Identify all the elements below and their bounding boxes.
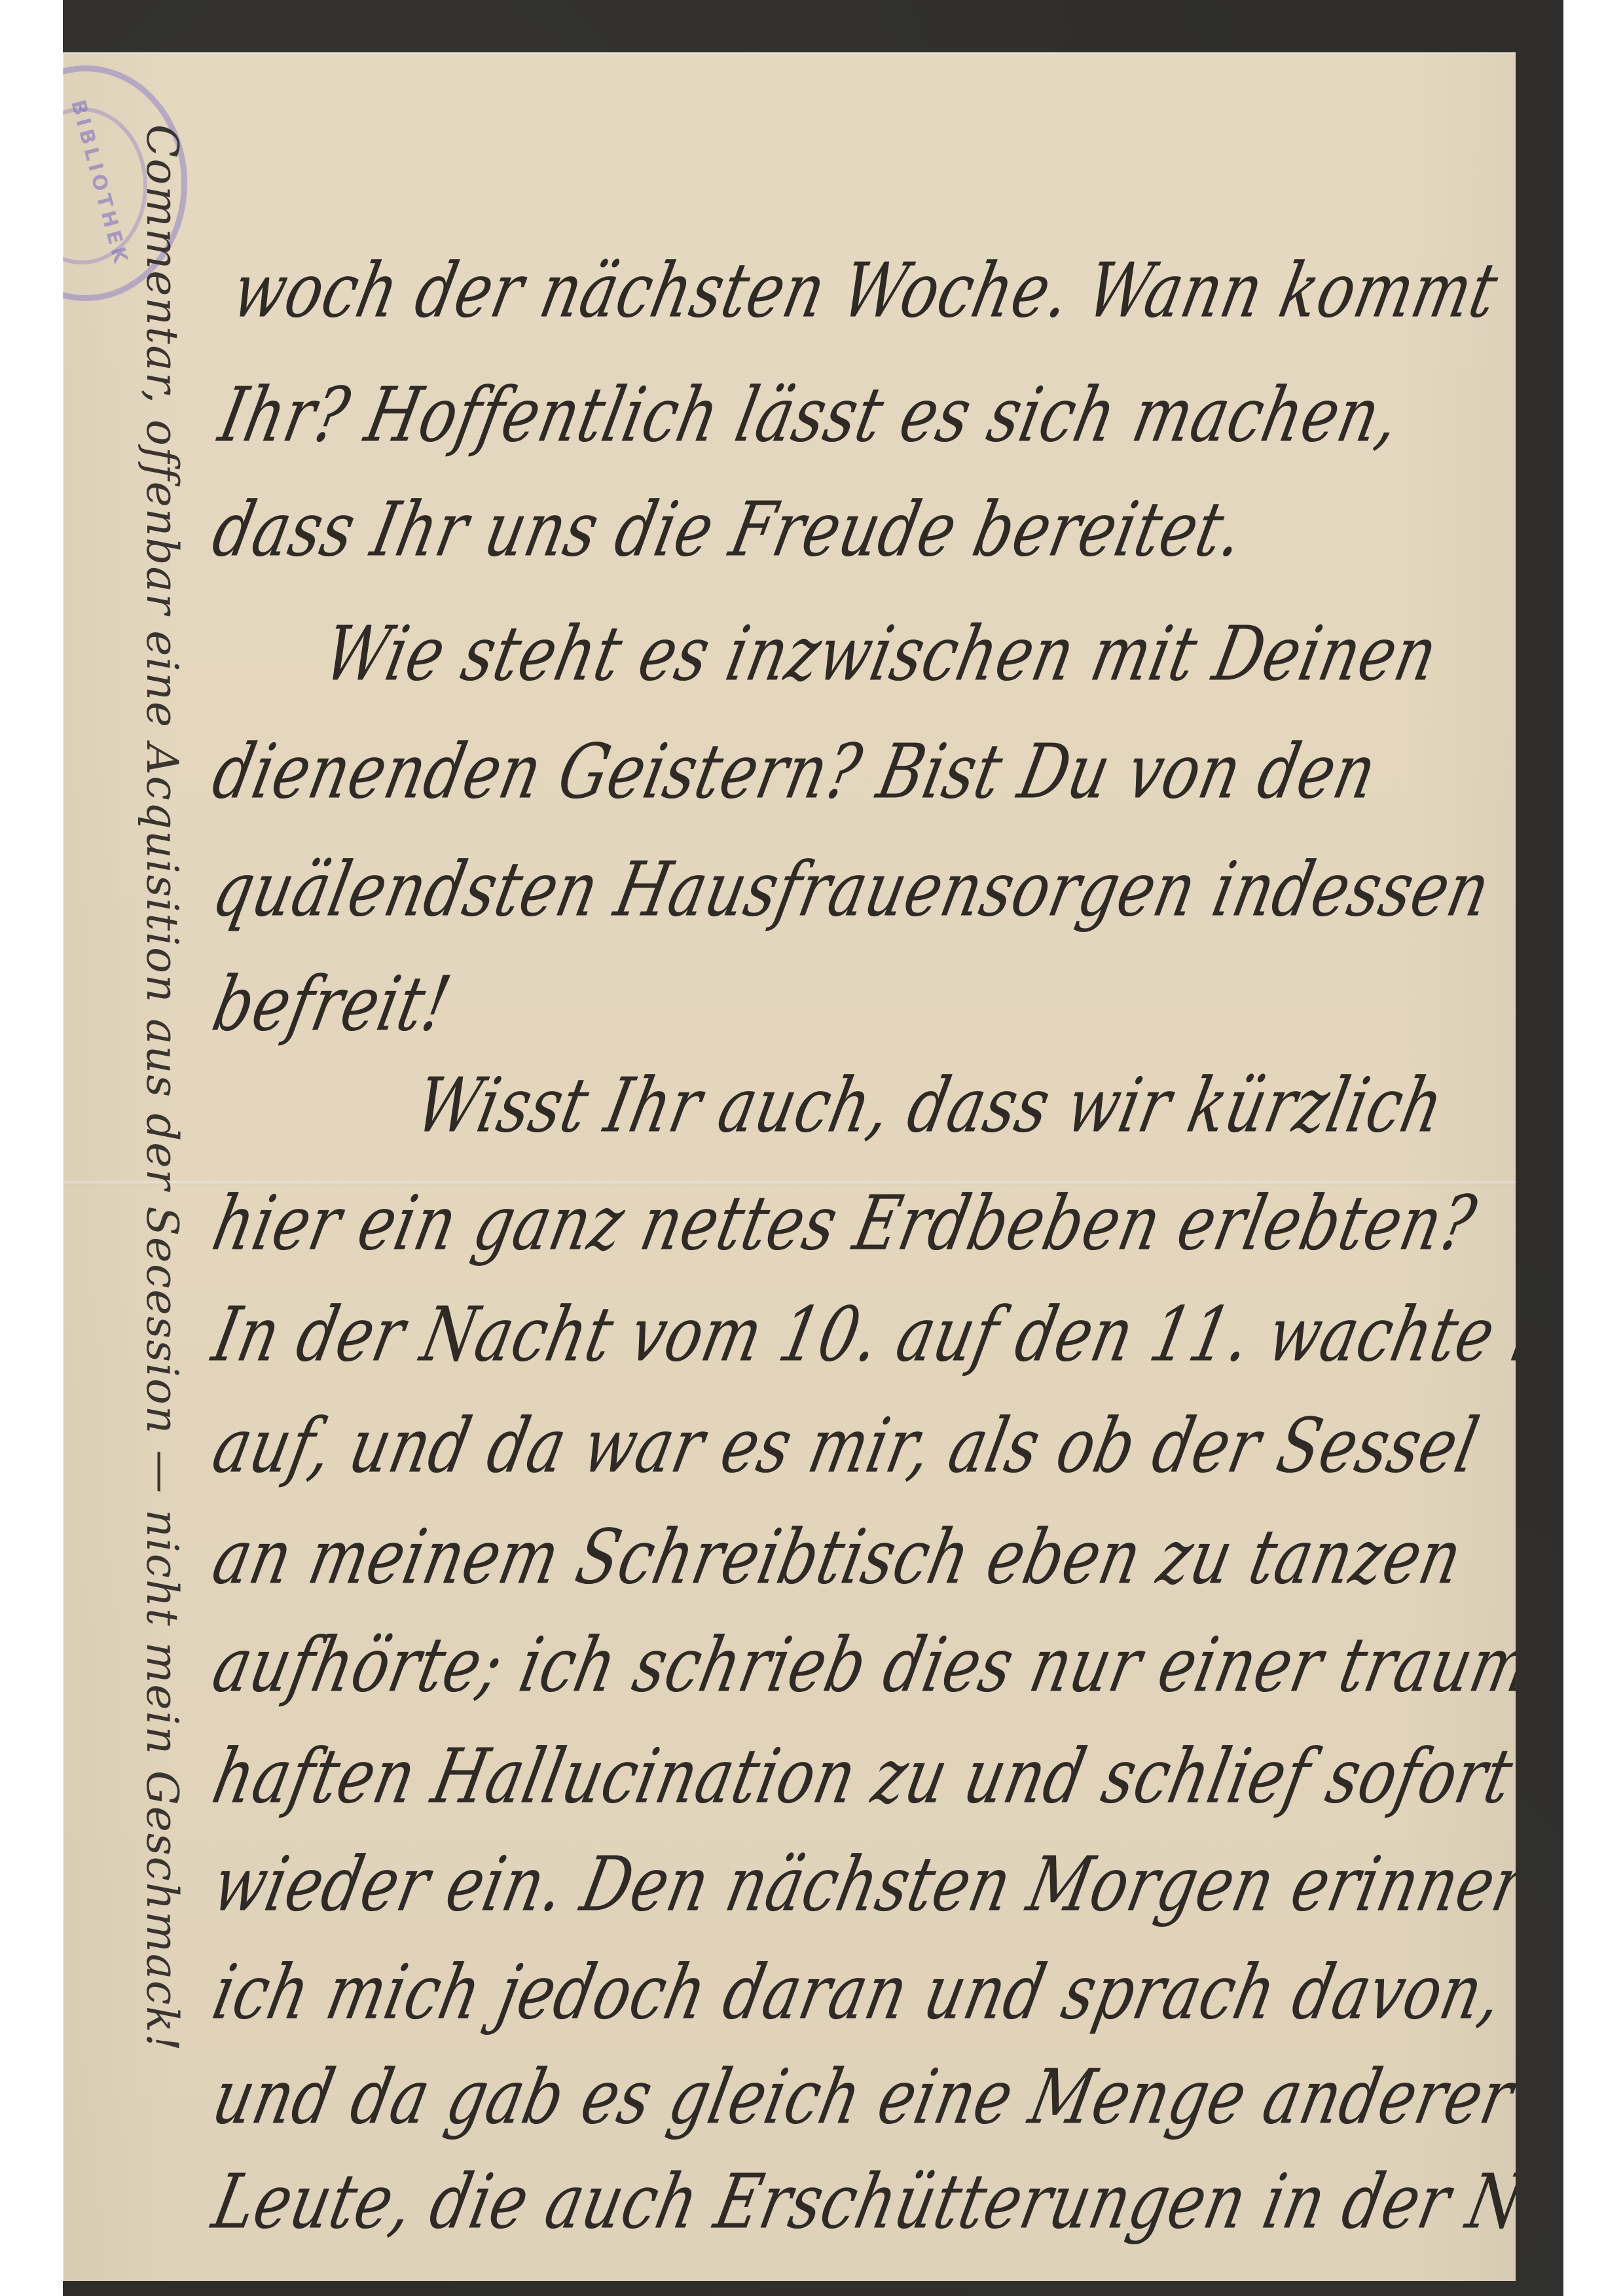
edge-fragment: st bbox=[63, 360, 67, 402]
letter-line: quälendsten Hausfrauensorgen indessen bbox=[207, 852, 1497, 927]
letter-line: Leute, die auch Erschütterungen in der N… bbox=[207, 2164, 1516, 2240]
letter-line: Ihr? Hoffentlich lässt es sich machen, bbox=[213, 378, 1406, 453]
edge-fragment: se bbox=[63, 622, 67, 672]
edge-fragment: y bbox=[63, 1532, 67, 1558]
letter-line: woch der nächsten Woche. Wann kommt bbox=[227, 253, 1504, 329]
margin-note: Commentar, offenbar eine Acquisition aus… bbox=[137, 124, 187, 2053]
edge-fragment: s bbox=[63, 1872, 67, 1895]
edge-fragment: ch bbox=[63, 1420, 67, 1475]
edge-fragment: g- bbox=[63, 1676, 67, 1720]
letter-line: dienenden Geistern? Bist Du von den bbox=[207, 734, 1383, 810]
letter-line: Wie steht es inzwischen mit Deinen bbox=[318, 617, 1444, 692]
letter-line: ich mich jedoch daran und sprach davon, bbox=[207, 1955, 1509, 2030]
letter-line: aufhörte; ich schrieb dies nur einer tra… bbox=[207, 1628, 1516, 1703]
edge-fragment: r bbox=[63, 1309, 67, 1331]
letter-line: befreit! bbox=[207, 967, 457, 1042]
letter-line: haften Hallucination zu und schlief sofo… bbox=[207, 1739, 1516, 1814]
letter-line: an meinem Schreibtisch eben zu tanzen bbox=[207, 1520, 1468, 1595]
letter-line: In der Nacht vom 10. auf den 11. wachte … bbox=[207, 1297, 1516, 1372]
letter-line: Wisst Ihr auch, dass wir kürzlich bbox=[410, 1068, 1450, 1143]
edge-fragment: r bbox=[63, 1198, 67, 1219]
letter-line: auf, und da war es mir, als ob der Sesse… bbox=[207, 1408, 1485, 1484]
letter-page: BIBLIOTHEK Commentar, offenbar eine Acqu… bbox=[63, 52, 1516, 2281]
letter-line: hier ein ganz nettes Erdbeben erlebten? bbox=[207, 1186, 1482, 1261]
letter-line: und da gab es gleich eine Menge anderer bbox=[207, 2060, 1516, 2135]
letter-line: dass Ihr uns die Freude bereitet. bbox=[207, 492, 1250, 567]
letter-line: wieder ein. Den nächsten Morgen erinnert… bbox=[207, 1847, 1516, 1922]
